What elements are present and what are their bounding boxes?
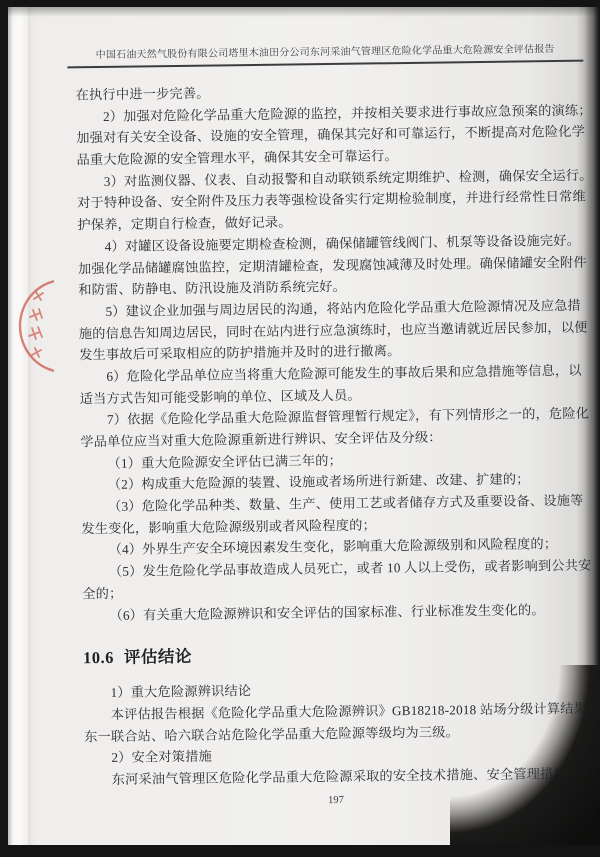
section-number: 10.6: [83, 648, 114, 667]
section-heading: 10.6评估结论: [83, 638, 585, 669]
body-text-before-heading: 在执行中进一步完善。2）加强对危险化学品重大危险源的监控，并按相关要求进行事故应…: [76, 78, 585, 627]
scan-top-shadow: [8, 7, 600, 17]
running-header: 中国石油天然气股份有限公司塔里木油田分公司东河采油气管理区危险化学品重大危险源安…: [67, 30, 583, 69]
scanned-page: 中国石油天然气股份有限公司塔里木油田分公司东河采油气管理区危险化学品重大危险源安…: [8, 7, 600, 845]
page-binding-edge: [8, 7, 30, 845]
section-title: 评估结论: [124, 647, 192, 667]
page-curl-corner: [450, 665, 600, 845]
